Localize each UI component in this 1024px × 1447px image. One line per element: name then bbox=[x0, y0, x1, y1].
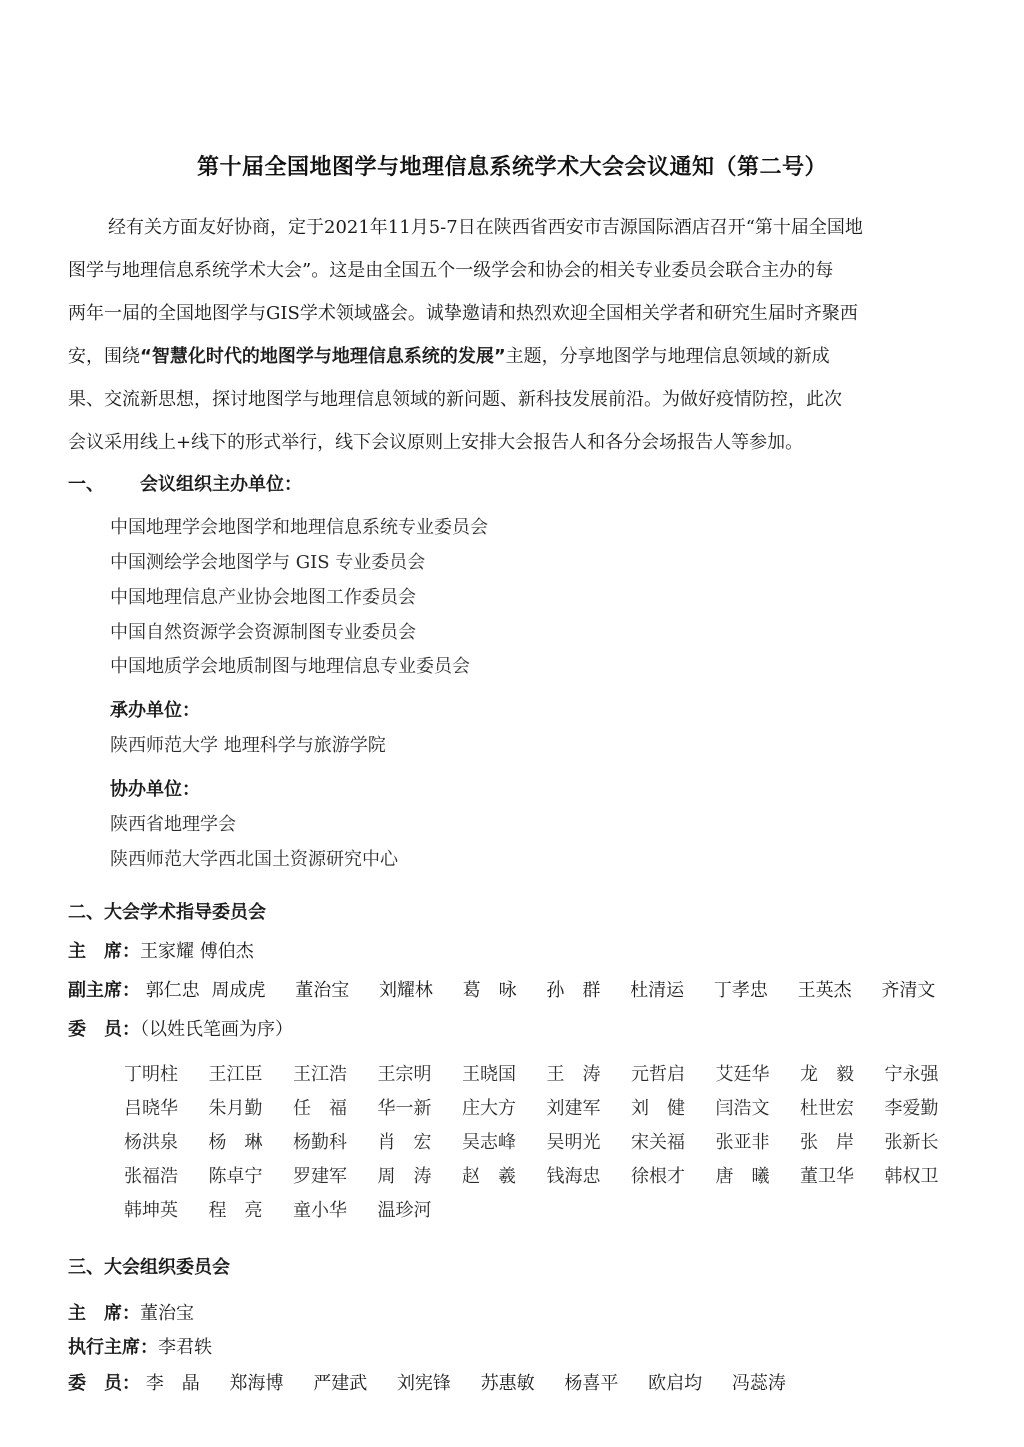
committee-member-name: 杨勤科 bbox=[293, 1128, 347, 1154]
vice-chair-name: 杜清运 bbox=[630, 980, 684, 1001]
members-label: 委 员： bbox=[68, 1019, 140, 1040]
organizer-item: 中国测绘学会地图学与 GIS 专业委员会 bbox=[110, 548, 425, 574]
intro-line: 会议采用线上+线下的形式举行，线下会议原则上安排大会报告人和各分会场报告人等参加… bbox=[68, 428, 803, 454]
committee-member-name: 王 涛 bbox=[547, 1060, 601, 1086]
committee-member-name: 陈卓宁 bbox=[209, 1162, 263, 1188]
vice-chair-name: 刘耀林 bbox=[379, 980, 433, 1001]
intro-line: 经有关方面友好协商，定于2021年11月5-7日在陕西省西安市吉源国际酒店召开“… bbox=[108, 213, 863, 239]
vice-chair-name: 董治宝 bbox=[295, 980, 349, 1001]
intro-text: 安，围绕 bbox=[68, 346, 140, 367]
document-title: 第十届全国地图学与地理信息系统学术大会会议通知（第二号） bbox=[0, 150, 1024, 181]
committee-member-name: 张福浩 bbox=[124, 1162, 178, 1188]
intro-line: 图学与地理信息系统学术大会”。这是由全国五个一级学会和协会的相关专业委员会联合主… bbox=[68, 256, 833, 282]
committee-member-name: 吴志峰 bbox=[462, 1128, 516, 1154]
intro-line: 两年一届的全国地图学与GIS学术领域盛会。诚挚邀请和热烈欢迎全国相关学者和研究生… bbox=[68, 299, 858, 325]
committee-member-name: 王江浩 bbox=[293, 1060, 347, 1086]
organizer-item: 中国地质学会地质制图与地理信息专业委员会 bbox=[110, 652, 470, 678]
committee-member-name: 朱月勤 bbox=[209, 1094, 263, 1120]
org-member-name: 冯蕊涛 bbox=[732, 1373, 786, 1394]
committee-member-name: 闫浩文 bbox=[716, 1094, 770, 1120]
committee-member-name: 罗建军 bbox=[293, 1162, 347, 1188]
committee-member-name: 王宗明 bbox=[378, 1060, 432, 1086]
chair-names: 王家耀 傅伯杰 bbox=[140, 941, 254, 962]
committee-member-name: 宋关福 bbox=[631, 1128, 685, 1154]
conference-theme: “智慧化时代的地图学与地理信息系统的发展” bbox=[140, 346, 506, 367]
members-row: 委 员：（以姓氏笔画为序） bbox=[68, 1015, 293, 1041]
vice-chair-name: 齐清文 bbox=[881, 980, 935, 1001]
committee-member-name: 韩权卫 bbox=[885, 1162, 939, 1188]
committee-member-name: 杨 琳 bbox=[209, 1128, 263, 1154]
committee-member-name: 庄大方 bbox=[462, 1094, 516, 1120]
committee-member-name: 张新长 bbox=[885, 1128, 939, 1154]
vice-chair-name: 王英杰 bbox=[798, 980, 852, 1001]
host-label: 承办单位： bbox=[110, 696, 200, 722]
org-members-label: 委 员： bbox=[68, 1373, 140, 1394]
committee-member-name: 杜世宏 bbox=[800, 1094, 854, 1120]
committee-member-name: 元哲启 bbox=[631, 1060, 685, 1086]
committee-member-name: 周 涛 bbox=[378, 1162, 432, 1188]
committee-member-name: 刘建军 bbox=[547, 1094, 601, 1120]
committee-member-name: 董卫华 bbox=[800, 1162, 854, 1188]
committee-member-name: 龙 毅 bbox=[800, 1060, 854, 1086]
intro-text: 主题，分享地图学与地理信息领域的新成 bbox=[506, 346, 830, 367]
org-member-name: 郑海博 bbox=[229, 1373, 283, 1394]
intro-line: 安，围绕“智慧化时代的地图学与地理信息系统的发展”主题，分享地图学与地理信息领域… bbox=[68, 342, 830, 368]
committee-member-name: 徐根才 bbox=[631, 1162, 685, 1188]
vice-chair-name: 丁孝忠 bbox=[714, 980, 768, 1001]
committee-member-name: 赵 羲 bbox=[462, 1162, 516, 1188]
org-chair-label: 主 席： bbox=[68, 1303, 140, 1324]
exec-chair-label: 执行主席： bbox=[68, 1337, 158, 1358]
org-members-row: 委 员： 李 晶 郑海博 严建武 刘宪锋 苏惠敏 杨喜平 欧启均 冯蕊涛 bbox=[68, 1369, 810, 1395]
exec-chair-name: 李君轶 bbox=[158, 1337, 212, 1358]
committee-member-name: 杨洪泉 bbox=[124, 1128, 178, 1154]
committee-member-name: 张 岸 bbox=[800, 1128, 854, 1154]
committee-member-name: 吴明光 bbox=[547, 1128, 601, 1154]
committee-member-name: 艾廷华 bbox=[716, 1060, 770, 1086]
exec-chair-row: 执行主席：李君轶 bbox=[68, 1333, 212, 1359]
committee-member-name: 华一新 bbox=[378, 1094, 432, 1120]
section-number: 一、 bbox=[68, 474, 104, 495]
section-1-heading: 一、会议组织主办单位： bbox=[68, 470, 302, 496]
committee-member-name: 丁明柱 bbox=[124, 1060, 178, 1086]
vice-chair-row: 副主席： 郭仁忠 周成虎 董治宝 刘耀林 葛 咏 孙 群 杜清运 丁孝忠 王英杰… bbox=[68, 976, 959, 1002]
committee-member-name: 李爱勤 bbox=[885, 1094, 939, 1120]
committee-member-name: 吕晓华 bbox=[124, 1094, 178, 1120]
section-title: 会议组织主办单位： bbox=[140, 474, 302, 495]
committee-member-name: 程 亮 bbox=[209, 1196, 263, 1222]
org-member-name: 苏惠敏 bbox=[481, 1373, 535, 1394]
organizer-item: 中国地理学会地图学和地理信息系统专业委员会 bbox=[110, 513, 488, 539]
vice-chair-label: 副主席： bbox=[68, 980, 140, 1001]
vice-chair-name: 郭仁忠 bbox=[146, 980, 200, 1001]
org-member-name: 欧启均 bbox=[648, 1373, 702, 1394]
org-member-name: 严建武 bbox=[313, 1373, 367, 1394]
committee-member-name: 钱海忠 bbox=[547, 1162, 601, 1188]
org-chair-row: 主 席：董治宝 bbox=[68, 1299, 194, 1325]
host-item: 陕西师范大学 地理科学与旅游学院 bbox=[110, 731, 386, 757]
committee-member-name: 童小华 bbox=[293, 1196, 347, 1222]
co-organizer-item: 陕西师范大学西北国土资源研究中心 bbox=[110, 845, 398, 871]
committee-member-name: 肖 宏 bbox=[378, 1128, 432, 1154]
vice-chair-name: 孙 群 bbox=[546, 980, 600, 1001]
org-member-name: 刘宪锋 bbox=[397, 1373, 451, 1394]
organizer-item: 中国地理信息产业协会地图工作委员会 bbox=[110, 583, 416, 609]
committee-member-name: 韩坤英 bbox=[124, 1196, 178, 1222]
committee-member-name: 刘 健 bbox=[631, 1094, 685, 1120]
chair-label: 主 席： bbox=[68, 941, 140, 962]
committee-member-name: 宁永强 bbox=[885, 1060, 939, 1086]
committee-member-name: 王江臣 bbox=[209, 1060, 263, 1086]
section-3-heading: 三、大会组织委员会 bbox=[68, 1253, 230, 1279]
co-organizer-item: 陕西省地理学会 bbox=[110, 810, 236, 836]
org-member-name: 杨喜平 bbox=[564, 1373, 618, 1394]
org-member-name: 李 晶 bbox=[146, 1373, 200, 1394]
vice-chair-name: 葛 咏 bbox=[463, 980, 517, 1001]
committee-member-name: 张亚非 bbox=[716, 1128, 770, 1154]
organizer-item: 中国自然资源学会资源制图专业委员会 bbox=[110, 618, 416, 644]
members-note: （以姓氏笔画为序） bbox=[140, 1019, 293, 1040]
committee-member-name: 任 福 bbox=[293, 1094, 347, 1120]
vice-chair-name: 周成虎 bbox=[211, 980, 265, 1001]
committee-member-name: 王晓国 bbox=[462, 1060, 516, 1086]
org-chair-name: 董治宝 bbox=[140, 1303, 194, 1324]
committee-member-name: 温珍河 bbox=[378, 1196, 432, 1222]
section-2-heading: 二、大会学术指导委员会 bbox=[68, 898, 266, 924]
committee-member-name: 唐 曦 bbox=[716, 1162, 770, 1188]
intro-paragraph: 经有关方面友好协商，定于2021年11月5-7日在陕西省西安市吉源国际酒店召开“… bbox=[68, 213, 958, 453]
intro-line: 果、交流新思想，探讨地图学与地理信息领域的新问题、新科技发展前沿。为做好疫情防控… bbox=[68, 385, 842, 411]
chair-row: 主 席：王家耀 傅伯杰 bbox=[68, 937, 254, 963]
co-organizer-label: 协办单位： bbox=[110, 775, 200, 801]
